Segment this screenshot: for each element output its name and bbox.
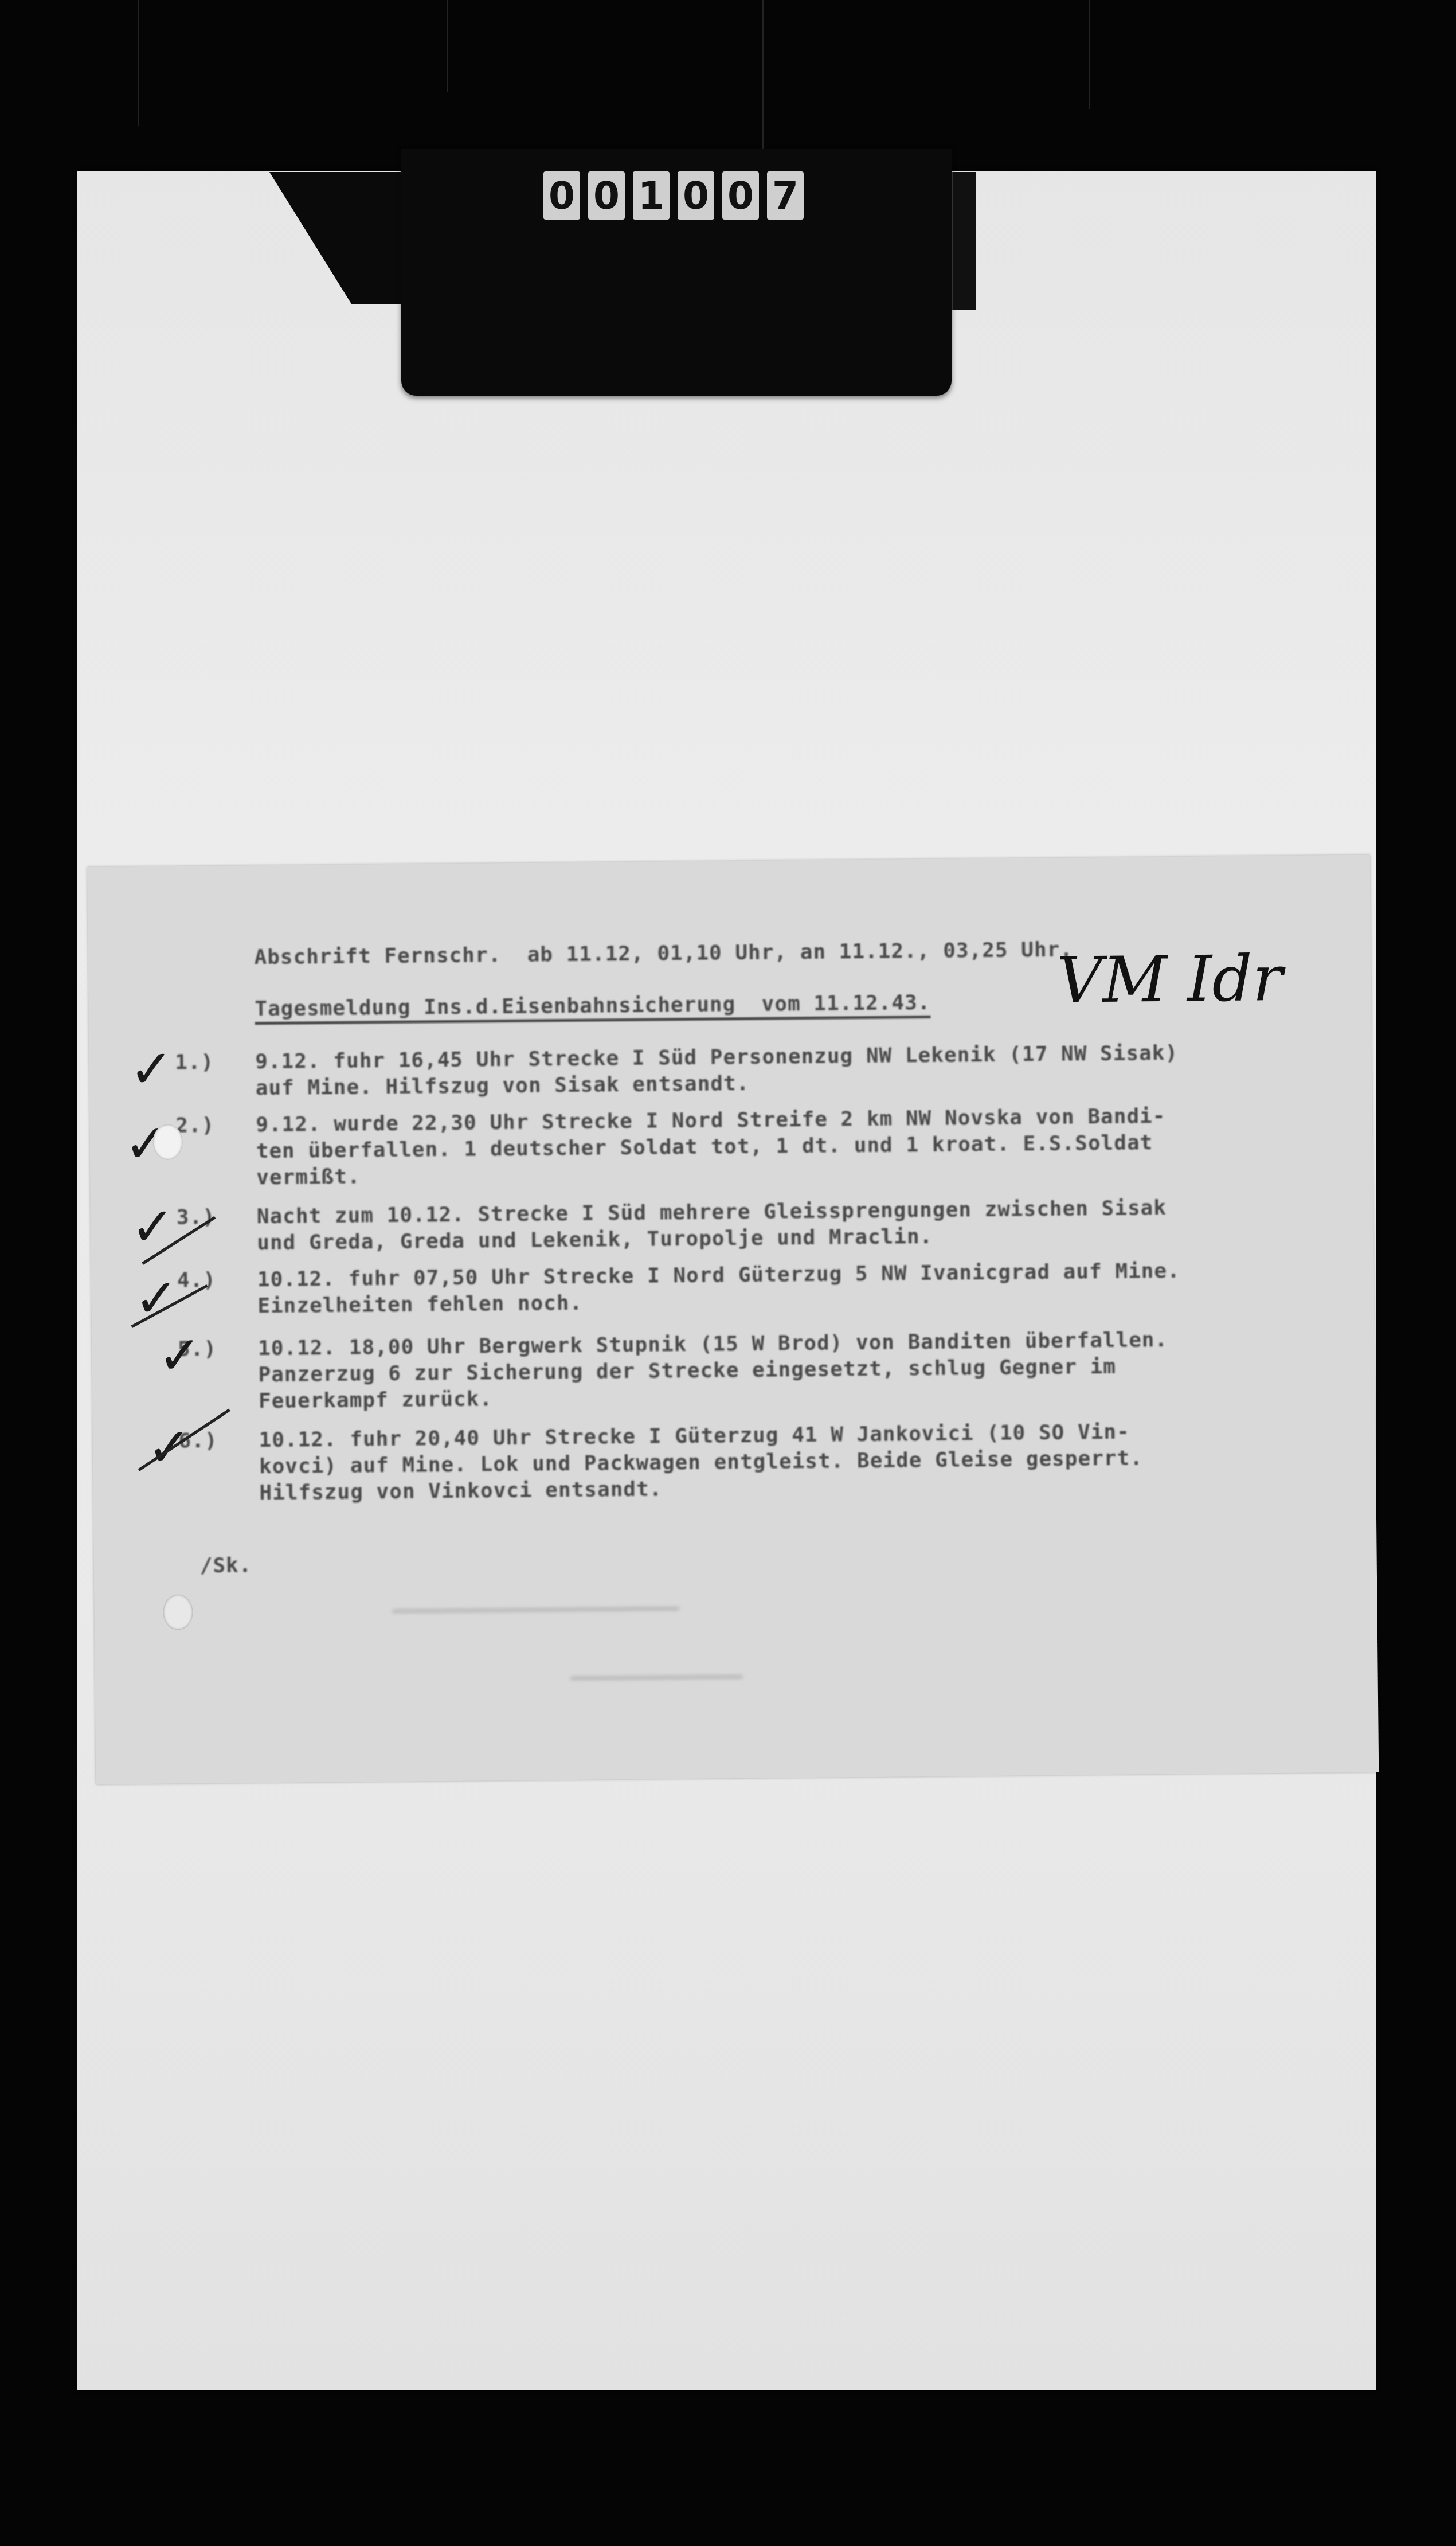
document-title: Tagesmeldung Ins.d.Eisenbahnsicherung vo… [255,991,930,1025]
counter-digit: 0 [678,171,714,220]
item-text: 10.12. 18,00 Uhr Bergwerk Stupnik (15 W … [258,1325,1353,1415]
document-card: Abschrift Fernschr. ab 11.12, 01,10 Uhr,… [87,855,1379,1784]
film-scratch [1089,0,1090,109]
check-mark-icon: ✓ [158,1325,202,1387]
punch-hole [152,1124,183,1159]
report-item: 3.) Nacht zum 10.12. Strecke I Süd mehre… [177,1193,1352,1258]
item-text: 10.12. fuhr 07,50 Uhr Strecke I Nord Güt… [257,1256,1353,1319]
report-item: 1.) 9.12. fuhr 16,45 Uhr Strecke I Süd P… [175,1038,1351,1103]
report-item: 6.) 10.12. fuhr 20,40 Uhr Strecke I Güte… [178,1417,1354,1508]
counter-digit: 7 [767,171,804,220]
handwritten-annotation: VM Idr [1056,942,1283,1017]
counter-digit: 0 [588,171,625,220]
smudge [571,1675,743,1680]
item-text: 9.12. fuhr 16,45 Uhr Strecke I Süd Perso… [255,1038,1351,1102]
item-text: 9.12. wurde 22,30 Uhr Strecke I Nord Str… [256,1102,1351,1191]
film-scratch [447,0,448,92]
item-number: 3.) [177,1204,257,1257]
counter-digit: 1 [633,171,670,220]
counter-digit: 0 [722,171,759,220]
counter-digit: 0 [543,171,580,220]
report-item: 4.) 10.12. fuhr 07,50 Uhr Strecke I Nord… [177,1256,1353,1321]
transmission-header: Abschrift Fernschr. ab 11.12, 01,10 Uhr,… [254,938,1073,969]
film-scratch [138,0,139,126]
item-number: 1.) [175,1049,256,1102]
smudge [392,1607,679,1613]
item-text: Nacht zum 10.12. Strecke I Süd mehrere G… [257,1193,1352,1256]
item-number: 2.) [175,1112,256,1192]
item-text: 10.12. fuhr 20,40 Uhr Strecke I Güterzug… [259,1417,1354,1506]
film-scratch [762,0,764,149]
report-item: 2.) 9.12. wurde 22,30 Uhr Strecke I Nord… [175,1102,1351,1192]
check-mark-icon: ✓ [129,1038,174,1100]
counter-knob [952,172,976,310]
typist-initials: /Sk. [200,1553,252,1577]
report-item: 5.) 10.12. 18,00 Uhr Bergwerk Stupnik (1… [178,1325,1353,1416]
frame-counter: 0 0 1 0 0 7 [519,170,828,221]
punch-hole [163,1594,193,1630]
